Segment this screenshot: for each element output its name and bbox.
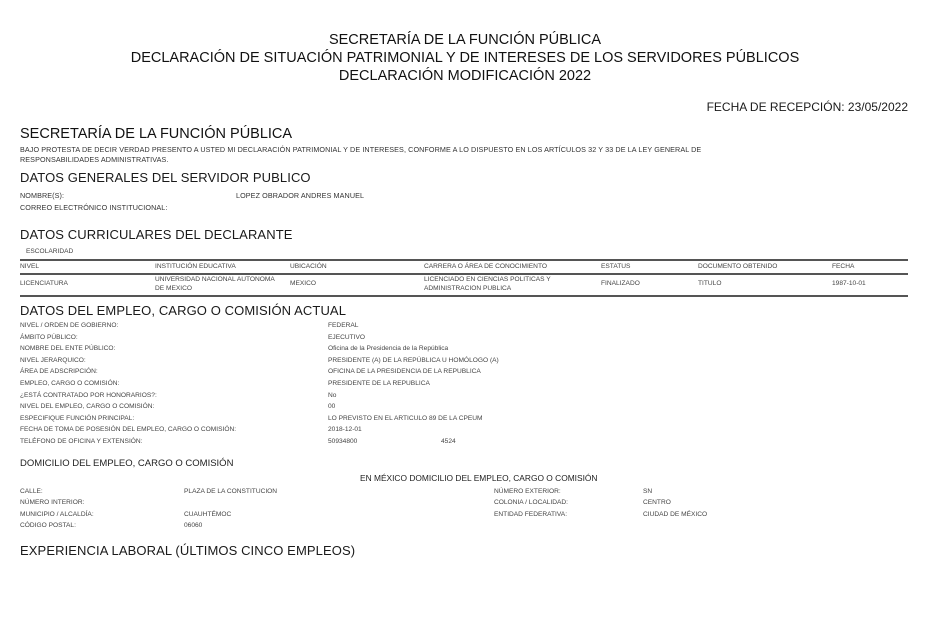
cell-institucion-line2: DE MEXICO (155, 285, 192, 292)
field-value: FEDERAL (328, 322, 358, 329)
col-institucion: INSTITUCIÓN EDUCATIVA (155, 263, 236, 270)
field-value: PRESIDENTE DE LA REPUBLICA (328, 380, 430, 387)
field-label: NÚMERO INTERIOR: (20, 499, 84, 506)
field-label: CÓDIGO POSTAL: (20, 522, 76, 529)
field-label: NOMBRE DEL ENTE PÚBLICO: (20, 345, 115, 352)
col-documento: DOCUMENTO OBTENIDO (698, 263, 777, 270)
field-value: SN (643, 488, 652, 495)
field-label: NIVEL JERARQUICO: (20, 357, 86, 364)
document-header-title: SECRETARÍA DE LA FUNCIÓN PÚBLICA (0, 31, 930, 49)
field-value: 2018-12-01 (328, 426, 362, 433)
field-value: CENTRO (643, 499, 671, 506)
reception-date: FECHA DE RECEPCIÓN: 23/05/2022 (707, 100, 908, 114)
section-title-general: DATOS GENERALES DEL SERVIDOR PUBLICO (20, 170, 311, 185)
field-label: ENTIDAD FEDERATIVA: (494, 511, 567, 518)
document-header-declaration-type: DECLARACIÓN MODIFICACIÓN 2022 (0, 67, 930, 85)
field-value: PLAZA DE LA CONSTITUCION (184, 488, 277, 495)
field-label: ¿ESTÁ CONTRATADO POR HONORARIOS?: (20, 392, 157, 399)
subtitle-escolaridad: ESCOLARIDAD (26, 248, 73, 255)
intro-text-line2: RESPONSABILIDADES ADMINISTRATIVAS. (20, 155, 169, 164)
field-label: ÁMBITO PÚBLICO: (20, 334, 78, 341)
cell-carrera-line1: LICENCIADO EN CIENCIAS POLITICAS Y (424, 276, 551, 283)
table-top-rule (20, 259, 908, 261)
section-title-curricular: DATOS CURRICULARES DEL DECLARANTE (20, 227, 293, 242)
field-label: COLONIA / LOCALIDAD: (494, 499, 568, 506)
field-value: CIUDAD DE MÉXICO (643, 511, 707, 518)
value-nombre: LOPEZ OBRADOR ANDRES MANUEL (236, 191, 364, 200)
section-title-address: DOMICILIO DEL EMPLEO, CARGO O COMISIÓN (20, 458, 233, 469)
field-value: Oficina de la Presidencia de la Repúblic… (328, 345, 448, 352)
table-bottom-rule (20, 295, 908, 297)
col-ubicacion: UBICACIÓN (290, 263, 327, 270)
field-value: 06060 (184, 522, 202, 529)
label-correo: CORREO ELECTRÓNICO INSTITUCIONAL: (20, 203, 167, 212)
field-label: NIVEL / ORDEN DE GOBIERNO: (20, 322, 118, 329)
intro-text-line1: BAJO PROTESTA DE DECIR VERDAD PRESENTO A… (20, 145, 701, 154)
cell-ubicacion: MEXICO (290, 280, 316, 287)
intro-title: SECRETARÍA DE LA FUNCIÓN PÚBLICA (20, 126, 292, 142)
field-label: NIVEL DEL EMPLEO, CARGO O COMISIÓN: (20, 403, 154, 410)
col-fecha: FECHA (832, 263, 854, 270)
field-label: EMPLEO, CARGO O COMISIÓN: (20, 380, 119, 387)
col-carrera: CARRERA O ÁREA DE CONOCIMIENTO (424, 263, 547, 270)
address-subtitle: EN MÉXICO DOMICILIO DEL EMPLEO, CARGO O … (360, 473, 597, 483)
col-nivel: NIVEL (20, 263, 39, 270)
cell-estatus: FINALIZADO (601, 280, 640, 287)
cell-fecha: 1987-10-01 (832, 280, 866, 287)
col-estatus: ESTATUS (601, 263, 630, 270)
field-label: NÚMERO EXTERIOR: (494, 488, 561, 495)
label-nombre: NOMBRE(S): (20, 191, 64, 200)
cell-documento: TITULO (698, 280, 721, 287)
cell-institucion-line1: UNIVERSIDAD NACIONAL AUTONOMA (155, 276, 275, 283)
document-header-subtitle: DECLARACIÓN DE SITUACIÓN PATRIMONIAL Y D… (0, 49, 930, 67)
field-label: MUNICIPIO / ALCALDÍA: (20, 511, 94, 518)
field-label: ÁREA DE ADSCRIPCIÓN: (20, 368, 98, 375)
section-title-employment: DATOS DEL EMPLEO, CARGO O COMISIÓN ACTUA… (20, 303, 346, 318)
field-value: LO PREVISTO EN EL ARTICULO 89 DE LA CPEU… (328, 415, 483, 422)
field-value: PRESIDENTE (A) DE LA REPÚBLICA U HOMÓLOG… (328, 357, 499, 364)
field-label: FECHA DE TOMA DE POSESIÓN DEL EMPLEO, CA… (20, 426, 236, 433)
field-label: TELÉFONO DE OFICINA Y EXTENSIÓN: (20, 438, 143, 445)
field-value: OFICINA DE LA PRESIDENCIA DE LA REPUBLIC… (328, 368, 481, 375)
cell-nivel: LICENCIATURA (20, 280, 68, 287)
field-value: 50934800 (328, 438, 357, 445)
field-value: EJECUTIVO (328, 334, 365, 341)
field-label: CALLE: (20, 488, 43, 495)
table-header-rule (20, 273, 908, 275)
cell-carrera-line2: ADMINISTRACION PUBLICA (424, 285, 511, 292)
field-label: ESPECIFIQUE FUNCIÓN PRINCIPAL: (20, 415, 134, 422)
field-extension: 4524 (441, 438, 456, 445)
field-value: 00 (328, 403, 335, 410)
field-value: CUAUHTÉMOC (184, 511, 231, 518)
field-value: No (328, 392, 336, 399)
section-title-experience: EXPERIENCIA LABORAL (ÚLTIMOS CINCO EMPLE… (20, 543, 355, 558)
